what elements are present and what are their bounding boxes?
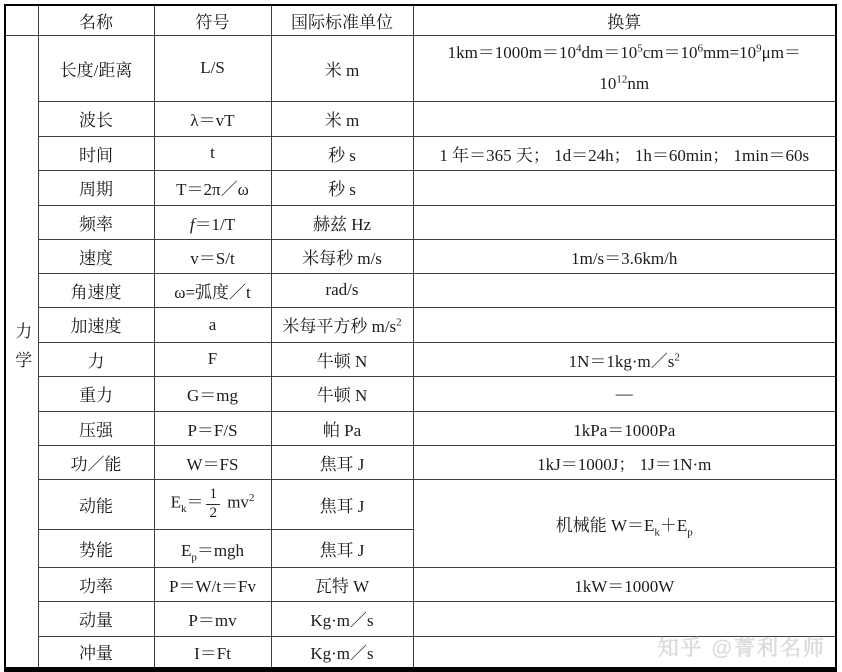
cell-quantity-name: 长度/距离 [38, 35, 154, 101]
cell-conversion: 1N＝1kg·m／s2 [413, 342, 836, 376]
cell-si-unit: rad/s [271, 273, 413, 307]
cell-symbol: λ＝vT [154, 101, 271, 136]
cell-conversion [413, 170, 836, 205]
cell-symbol: P＝mv [154, 601, 271, 636]
table-row: 时间 t 秒 s 1 年＝365 天； 1d＝24h； 1h＝60min； 1m… [5, 136, 836, 170]
cell-si-unit: 焦耳 J [271, 445, 413, 479]
cell-symbol: G＝mg [154, 376, 271, 411]
header-symbol: 符号 [154, 5, 271, 35]
cell-quantity-name: 波长 [38, 101, 154, 136]
header-unit: 国际标准单位 [271, 5, 413, 35]
cell-si-unit: 赫兹 Hz [271, 205, 413, 239]
cell-quantity-name: 周期 [38, 170, 154, 205]
cell-quantity-name: 动量 [38, 601, 154, 636]
mechanics-group-label: 力学 [5, 35, 38, 669]
cell-symbol: v＝S/t [154, 239, 271, 273]
cell-quantity-name: 速度 [38, 239, 154, 273]
table-row: 动量 P＝mv Kg·m／s [5, 601, 836, 636]
header-conversion: 换算 [413, 5, 836, 35]
header-group-cell [5, 5, 38, 35]
cell-si-unit: 牛顿 N [271, 342, 413, 376]
table-row: 重力 G＝mg 牛顿 N — [5, 376, 836, 411]
cell-symbol: L/S [154, 35, 271, 101]
cell-quantity-name: 频率 [38, 205, 154, 239]
cell-conversion-merged: 机械能 W＝Ek＋Ep [413, 479, 836, 567]
cell-symbol: t [154, 136, 271, 170]
cell-si-unit: 秒 s [271, 136, 413, 170]
cell-symbol: P＝W/t＝Fv [154, 567, 271, 601]
cell-si-unit: 牛顿 N [271, 376, 413, 411]
cell-si-unit: 焦耳 J [271, 529, 413, 567]
cell-symbol: P＝F/S [154, 411, 271, 445]
header-name: 名称 [38, 5, 154, 35]
table-row: 压强 P＝F/S 帕 Pa 1kPa＝1000Pa [5, 411, 836, 445]
cell-si-unit: Kg·m／s [271, 636, 413, 669]
table-row: 速度 v＝S/t 米每秒 m/s 1m/s＝3.6km/h [5, 239, 836, 273]
table-row: 频率 f＝1/T 赫兹 Hz [5, 205, 836, 239]
cell-si-unit: 焦耳 J [271, 479, 413, 529]
cell-conversion: 1m/s＝3.6km/h [413, 239, 836, 273]
cell-quantity-name: 冲量 [38, 636, 154, 669]
mechanics-units-table: 名称 符号 国际标准单位 换算 力学 长度/距离 L/S 米 m 1km＝100… [4, 4, 837, 672]
cell-quantity-name: 角速度 [38, 273, 154, 307]
cell-si-unit: 米每秒 m/s [271, 239, 413, 273]
table-row: 力 F 牛顿 N 1N＝1kg·m／s2 [5, 342, 836, 376]
table-row: 力学 长度/距离 L/S 米 m 1km＝1000m＝104dm＝105cm＝1… [5, 35, 836, 101]
cell-quantity-name: 动能 [38, 479, 154, 529]
cell-symbol: W＝FS [154, 445, 271, 479]
cell-conversion: 1km＝1000m＝104dm＝105cm＝106mm=109μm＝1012nm [413, 35, 836, 101]
table-row: 功／能 W＝FS 焦耳 J 1kJ＝1000J； 1J＝1N·m [5, 445, 836, 479]
cell-si-unit: 米每平方秒 m/s2 [271, 307, 413, 342]
cell-symbol: ω=弧度／t [154, 273, 271, 307]
cell-quantity-name: 加速度 [38, 307, 154, 342]
table-row: 角速度 ω=弧度／t rad/s [5, 273, 836, 307]
table-row: 加速度 a 米每平方秒 m/s2 [5, 307, 836, 342]
cell-symbol: I＝Ft [154, 636, 271, 669]
table-row: 功率 P＝W/t＝Fv 瓦特 W 1kW＝1000W [5, 567, 836, 601]
cell-si-unit: Kg·m／s [271, 601, 413, 636]
cell-si-unit: 瓦特 W [271, 567, 413, 601]
cell-quantity-name: 功／能 [38, 445, 154, 479]
cell-conversion [413, 273, 836, 307]
cell-conversion: 1kJ＝1000J； 1J＝1N·m [413, 445, 836, 479]
cell-si-unit: 帕 Pa [271, 411, 413, 445]
table-row: 冲量 I＝Ft Kg·m／s [5, 636, 836, 669]
cell-conversion [413, 636, 836, 669]
cell-symbol: T＝2π／ω [154, 170, 271, 205]
cell-symbol: F [154, 342, 271, 376]
physics-units-reference-page: 名称 符号 国际标准单位 换算 力学 长度/距离 L/S 米 m 1km＝100… [0, 0, 842, 672]
cell-conversion [413, 601, 836, 636]
cell-conversion [413, 101, 836, 136]
cell-symbol: f＝1/T [154, 205, 271, 239]
cell-conversion: 1kPa＝1000Pa [413, 411, 836, 445]
table-row: 动能 Ek＝12 mv2 焦耳 J 机械能 W＝Ek＋Ep [5, 479, 836, 529]
cell-symbol: Ek＝12 mv2 [154, 479, 271, 529]
cell-quantity-name: 重力 [38, 376, 154, 411]
cell-quantity-name: 势能 [38, 529, 154, 567]
table-header-row: 名称 符号 国际标准单位 换算 [5, 5, 836, 35]
cell-conversion: 1 年＝365 天； 1d＝24h； 1h＝60min； 1min＝60s [413, 136, 836, 170]
cell-symbol: a [154, 307, 271, 342]
cell-quantity-name: 力 [38, 342, 154, 376]
cell-quantity-name: 时间 [38, 136, 154, 170]
table-row: 周期 T＝2π／ω 秒 s [5, 170, 836, 205]
cell-symbol: Ep＝mgh [154, 529, 271, 567]
cell-si-unit: 米 m [271, 35, 413, 101]
cell-conversion [413, 205, 836, 239]
cell-quantity-name: 压强 [38, 411, 154, 445]
cell-si-unit: 秒 s [271, 170, 413, 205]
cell-conversion [413, 307, 836, 342]
cell-conversion: 1kW＝1000W [413, 567, 836, 601]
cell-quantity-name: 功率 [38, 567, 154, 601]
cell-conversion: — [413, 376, 836, 411]
table-row: 波长 λ＝vT 米 m [5, 101, 836, 136]
cell-si-unit: 米 m [271, 101, 413, 136]
